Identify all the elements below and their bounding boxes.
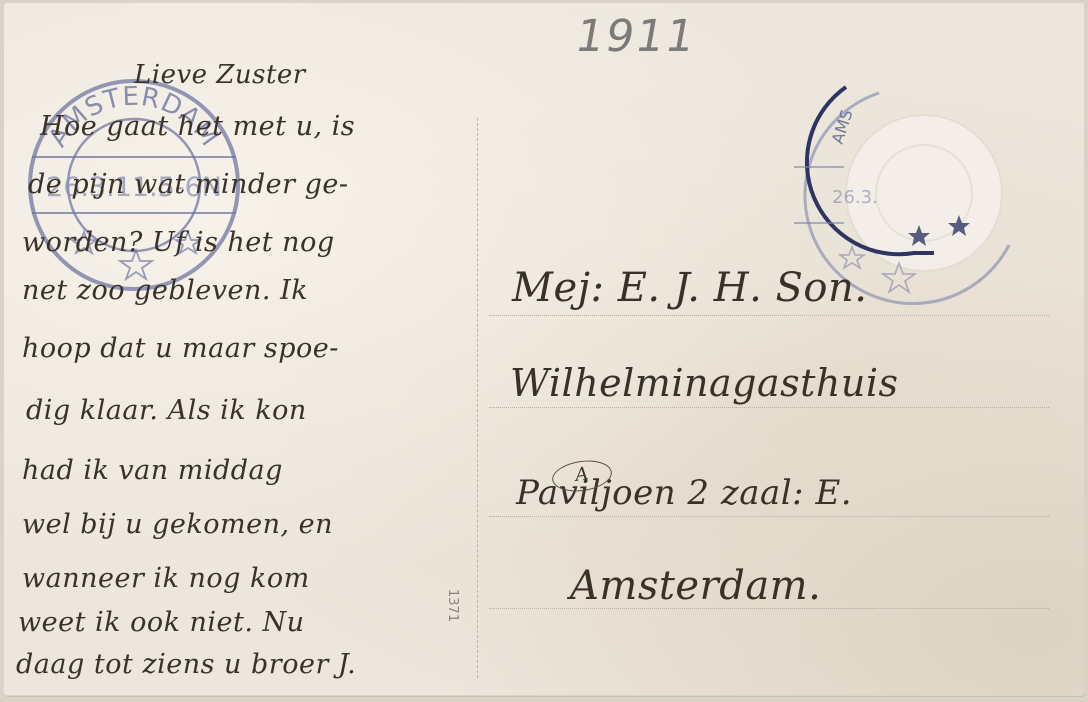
message-line: de pijn wat minder ge- bbox=[28, 165, 349, 205]
card-divider bbox=[477, 118, 478, 678]
address-rule bbox=[489, 407, 1049, 408]
postmark-city-partial: AMS bbox=[828, 107, 857, 146]
address-city: Amsterdam. bbox=[570, 563, 821, 609]
message-line: dig klaar. Als ik kon bbox=[26, 391, 307, 431]
year-annotation: 1911 bbox=[572, 11, 701, 62]
message-line: Hoe gaat het met u, is bbox=[40, 107, 355, 147]
postcard: 1911 AMSTERDAM 26.3.11.5-6N bbox=[4, 3, 1084, 695]
message-line: hoop dat u maar spoe- bbox=[22, 329, 339, 369]
message-line: net zoo gebleven. Ik bbox=[22, 271, 308, 311]
printed-card-number: 1371 bbox=[445, 589, 460, 622]
message-line: daag tot ziens u broer J. bbox=[16, 645, 356, 685]
message-line: weet ik ook niet. Nu bbox=[18, 603, 305, 643]
message-line: wanneer ik nog kom bbox=[22, 559, 310, 599]
message-line: wel bij u gekomen, en bbox=[22, 505, 333, 545]
message-greeting: Lieve Zuster bbox=[134, 55, 306, 95]
pavilion-letter: A bbox=[574, 463, 590, 486]
address-rule bbox=[489, 516, 1049, 517]
message-line: worden? Uf is het nog bbox=[22, 223, 335, 263]
message-line: had ik van middag bbox=[22, 451, 283, 491]
postmark-date-partial: 26.3. bbox=[832, 187, 878, 208]
address-recipient: Mej: E. J. H. Son. bbox=[512, 265, 867, 311]
address-institution: Wilhelminagasthuis bbox=[510, 361, 898, 405]
address-rule bbox=[489, 315, 1049, 316]
